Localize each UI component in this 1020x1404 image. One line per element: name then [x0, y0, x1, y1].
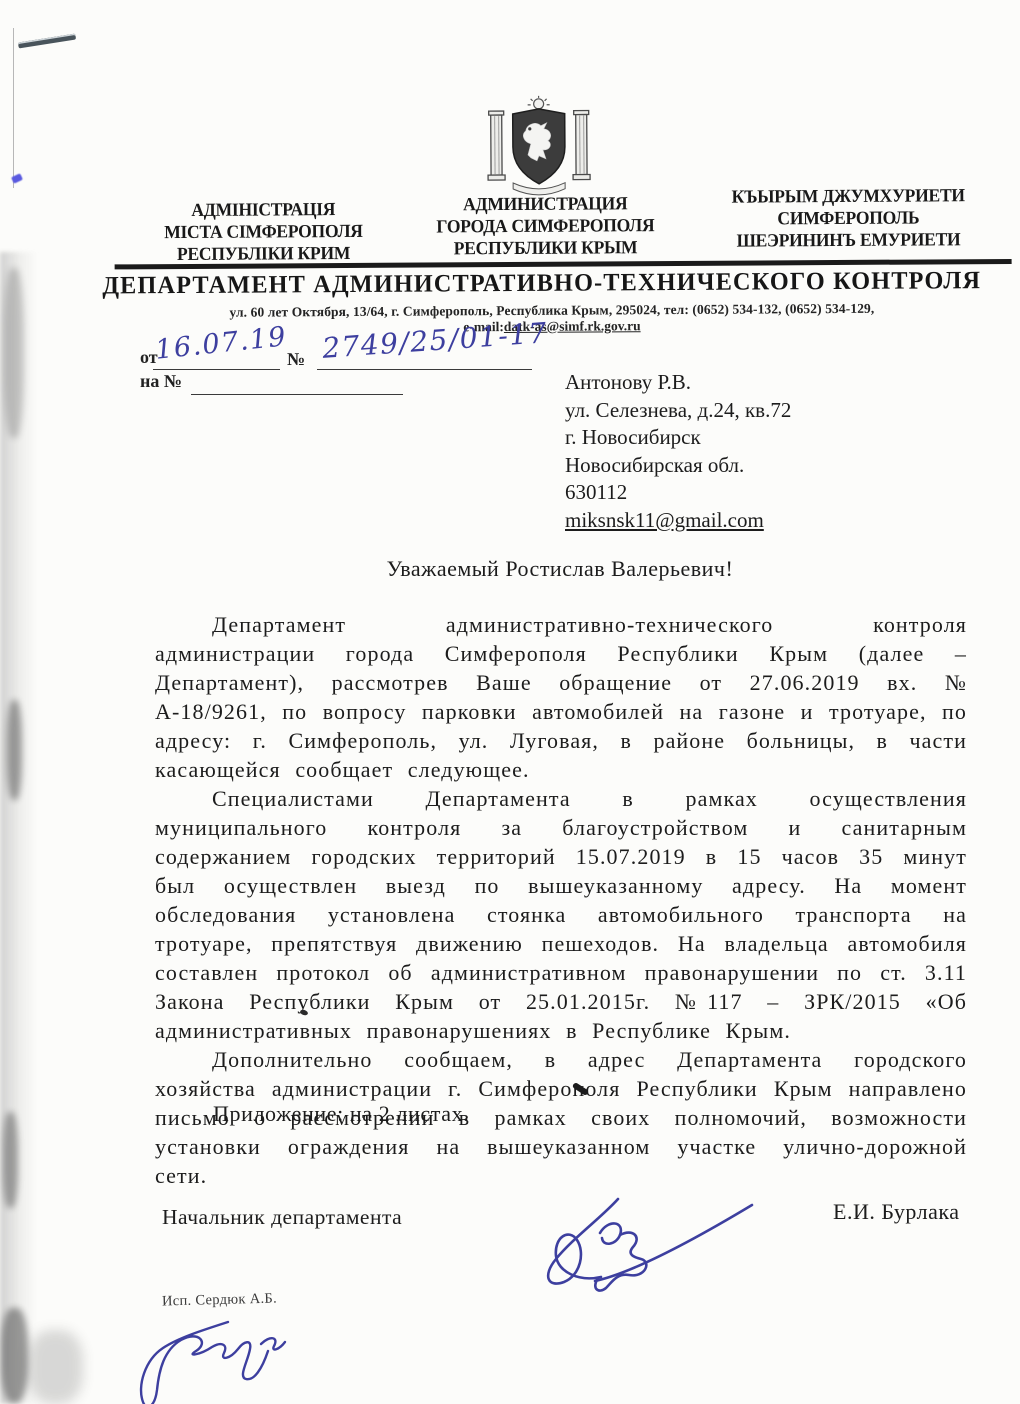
recipient-postcode: 630112	[565, 479, 791, 507]
recipient-email: miksnsk11@gmail.com	[565, 507, 791, 535]
recipient-address-line: г. Новосибирск	[565, 424, 791, 452]
org-ru-line: ГОРОДА СИМФЕРОПОЛЯ	[416, 215, 675, 239]
scanned-letter-page: АДМІНІСТРАЦІЯ МІСТА СІМФЕРОПОЛЯ РЕСПУБЛІ…	[0, 0, 1020, 1404]
signer-name: Е.И. Бурлака	[833, 1199, 959, 1225]
recipient-address-line: ул. Селезнева, д.24, кв.72	[565, 397, 791, 425]
scan-artifact-hairline	[13, 28, 14, 188]
org-ru-line: РЕСПУБЛИКИ КРЫМ	[416, 237, 675, 261]
body-paragraph: Департамент административно-технического…	[155, 610, 967, 784]
department-title: ДЕПАРТАМЕНТ АДМИНИСТРАТИВНО-ТЕХНИЧЕСКОГО…	[76, 267, 1007, 301]
director-signature	[540, 1181, 770, 1311]
org-ru-line: АДМИНИСТРАЦИЯ	[416, 193, 675, 217]
crimea-coat-of-arms-icon	[484, 94, 595, 200]
org-uk-line: АДМІНІСТРАЦІЯ	[121, 199, 406, 223]
org-name-russian: АДМИНИСТРАЦИЯ ГОРОДА СИМФЕРОПОЛЯ РЕСПУБЛ…	[416, 193, 675, 261]
scan-artifact-ink-speck	[11, 173, 23, 184]
attachment-line: Приложение: на 2 листах.	[213, 1101, 469, 1127]
org-crh-line: СИМФЕРОПОЛЬ	[692, 207, 1006, 231]
org-crh-line: КЪЫРЫМ ДЖУМХУРИЕТИ	[691, 185, 1005, 209]
scan-artifact-edge-streak	[0, 252, 38, 1404]
scan-artifact-smudge	[1, 1308, 28, 1403]
ref-reply-line	[191, 394, 403, 395]
ref-reply-label: на №	[140, 371, 182, 392]
salutation: Уважаемый Ростислав Валерьевич!	[105, 556, 1015, 582]
letterhead: АДМІНІСТРАЦІЯ МІСТА СІМФЕРОПОЛЯ РЕСПУБЛІ…	[0, 0, 1020, 3]
body-paragraph: Специалистами Департамента в рамках осущ…	[155, 784, 967, 1045]
ref-number-line	[317, 369, 532, 370]
signer-position: Начальник департамента	[162, 1205, 402, 1230]
scan-artifact-smudge	[4, 268, 24, 438]
ref-date-line	[153, 369, 280, 370]
scan-artifact-staple-mark	[18, 34, 76, 49]
recipient-address-line: Новосибирская обл.	[565, 452, 791, 480]
org-crh-line: ШЕЭРИНИНЪ ЕМУРИЕТИ	[692, 229, 1006, 253]
recipient-block: Антонову Р.В. ул. Селезнева, д.24, кв.72…	[565, 369, 791, 535]
ref-number-label: №	[287, 349, 305, 370]
recipient-name: Антонову Р.В.	[565, 369, 791, 397]
org-name-ukrainian: АДМІНІСТРАЦІЯ МІСТА СІМФЕРОПОЛЯ РЕСПУБЛІ…	[121, 199, 406, 267]
org-name-crimean-tatar: КЪЫРЫМ ДЖУМХУРИЕТИ СИМФЕРОПОЛЬ ШЕЭРИНИНЪ…	[691, 185, 1005, 253]
org-uk-line: МІСТА СІМФЕРОПОЛЯ	[121, 221, 406, 245]
scan-artifact-smudge	[7, 700, 22, 800]
executor-signature	[133, 1292, 318, 1404]
scan-artifact-smudge	[28, 1330, 83, 1404]
scan-artifact-smudge	[3, 1112, 18, 1208]
